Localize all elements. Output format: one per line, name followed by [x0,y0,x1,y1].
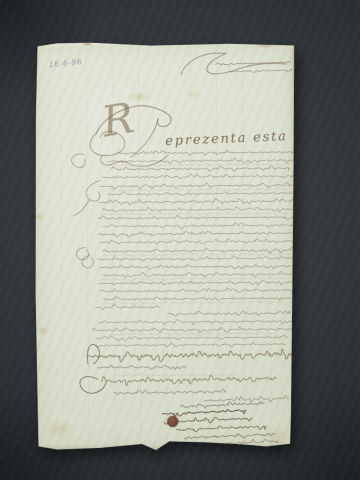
photo-stage: 16-6-96 R eprezenta esta [0,0,360,480]
wax-seal [167,416,178,427]
paper-sheet: 16-6-96 R eprezenta esta [34,40,298,451]
handwriting-svg [34,40,298,451]
manuscript-page: 16-6-96 R eprezenta esta [34,40,298,451]
